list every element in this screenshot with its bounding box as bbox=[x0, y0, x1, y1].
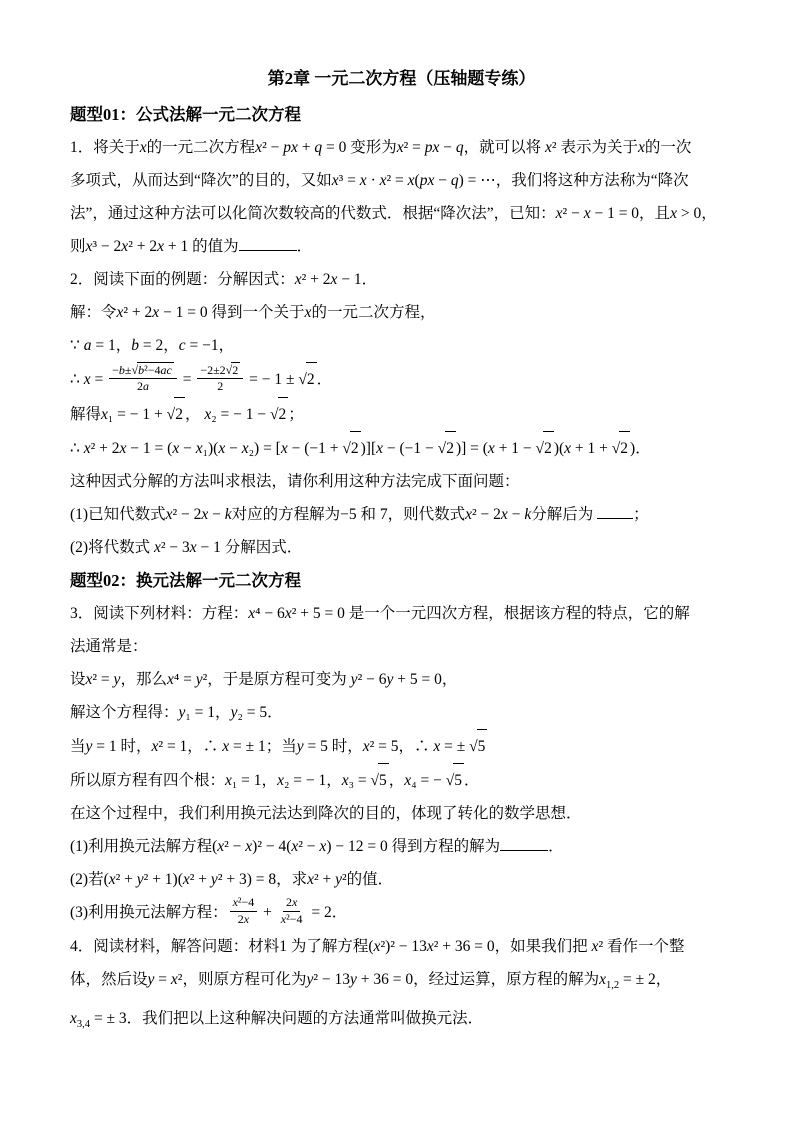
radicand: 5 bbox=[378, 763, 389, 797]
fraction-numerator: x²−4 bbox=[230, 895, 258, 912]
fraction: x²−42x bbox=[230, 895, 258, 927]
paragraph: (2)若(x² + y² + 1)(x² + y² + 3) = 8，求x² +… bbox=[70, 863, 733, 896]
radicand: 2 bbox=[619, 431, 630, 465]
paragraph: 4．阅读材料，解答问题：材料1 为了解方程(x²)² − 13x² + 36 =… bbox=[70, 930, 733, 963]
fraction-denominator: x²−4 bbox=[278, 912, 306, 928]
square-root-expression: √2 bbox=[226, 362, 241, 379]
subscript: 3,4 bbox=[77, 1019, 90, 1030]
fraction-numerator: −b±√b²−4ac bbox=[109, 362, 177, 380]
paragraph: ∴ x = −b±√b²−4ac2a = −2±2√22 = − 1 ± √2． bbox=[70, 362, 733, 397]
document-page: 第2章 一元二次方程（压轴题专练） 题型01：公式法解一元二次方程1．将关于x的… bbox=[0, 0, 793, 1122]
square-root-expression: √2 bbox=[612, 431, 630, 465]
fraction: 2xx²−4 bbox=[278, 895, 306, 927]
document-body: 题型01：公式法解一元二次方程1．将关于x的一元二次方程x² − px + q … bbox=[70, 98, 733, 1041]
fraction: −b±√b²−4ac2a bbox=[109, 362, 177, 395]
answer-blank bbox=[597, 503, 633, 520]
radicand: 2 bbox=[174, 397, 185, 431]
radicand: 2 bbox=[350, 431, 361, 465]
fraction-denominator: 2a bbox=[134, 379, 152, 395]
paragraph: 当y = 1 时，x² = 1，∴ x = ± 1；当y = 5 时，x² = … bbox=[70, 729, 733, 763]
radicand: 2 bbox=[445, 431, 456, 465]
paragraph: 体，然后设y = x²，则原方程可化为y² − 13y + 36 = 0，经过运… bbox=[70, 963, 733, 1002]
subscript: 1,2 bbox=[606, 980, 619, 991]
fraction-numerator: 2x bbox=[283, 895, 300, 912]
paragraph: 2．阅读下面的例题：分解因式：x² + 2x − 1． bbox=[70, 263, 733, 296]
square-root-expression: √5 bbox=[371, 763, 389, 797]
paragraph: (1)已知代数式x² − 2x − k对应的方程解为−5 和 7，则代数式x² … bbox=[70, 498, 733, 531]
fraction-numerator: −2±2√2 bbox=[197, 362, 243, 380]
paragraph: (3)利用换元法解方程：x²−42x + 2xx²−4 = 2． bbox=[70, 896, 733, 930]
square-root-expression: √2 bbox=[342, 431, 360, 465]
paragraph: 解：令x² + 2x − 1 = 0 得到一个关于x的一元二次方程， bbox=[70, 296, 733, 329]
paragraph: (2)将代数式 x² − 3x − 1 分解因式． bbox=[70, 531, 733, 564]
radicand: 2 bbox=[231, 362, 240, 379]
paragraph: 多项式，从而达到“降次”的目的，又如x³ = x · x² = x(px − q… bbox=[70, 164, 733, 197]
paragraph: 则x³ − 2x² + 2x + 1 的值为． bbox=[70, 230, 733, 263]
square-root-expression: √b²−4ac bbox=[132, 362, 174, 379]
square-root-expression: √2 bbox=[167, 397, 185, 431]
paragraph: 法”，通过这种方法可以化简次数较高的代数式．根据“降次法”，已知：x² − x … bbox=[70, 197, 733, 230]
square-root-expression: √2 bbox=[298, 362, 316, 396]
square-root-expression: √2 bbox=[438, 431, 456, 465]
paragraph: 所以原方程有四个根：x₁ = 1，x₂ = − 1，x₃ = √5，x₄ = −… bbox=[70, 763, 733, 797]
answer-blank bbox=[239, 235, 297, 252]
paragraph: ∴ x² + 2x − 1 = (x − x₁)(x − x₂) = [x − … bbox=[70, 431, 733, 465]
radicand: b²−4ac bbox=[137, 362, 174, 379]
paragraph: 3．阅读下列材料：方程：x⁴ − 6x² + 5 = 0 是一个一元四次方程，根… bbox=[70, 597, 733, 630]
paragraph: 法通常是： bbox=[70, 630, 733, 663]
paragraph: 在这个过程中，我们利用换元法达到降次的目的，体现了转化的数学思想． bbox=[70, 797, 733, 830]
square-root-expression: √2 bbox=[270, 397, 288, 431]
radicand: 2 bbox=[306, 362, 317, 396]
fraction: −2±2√22 bbox=[197, 362, 243, 395]
page-title: 第2章 一元二次方程（压轴题专练） bbox=[70, 62, 733, 96]
radicand: 2 bbox=[543, 431, 554, 465]
square-root-expression: √2 bbox=[536, 431, 554, 465]
paragraph: ∵ a = 1，b = 2，c = −1， bbox=[70, 329, 733, 362]
paragraph: 这种因式分解的方法叫求根法，请你利用这种方法完成下面问题： bbox=[70, 465, 733, 498]
square-root-expression: √5 bbox=[446, 763, 464, 797]
paragraph: x3,4 = ± 3．我们把以上这种解决问题的方法通常叫做换元法． bbox=[70, 1002, 733, 1041]
fraction-denominator: 2x bbox=[235, 912, 252, 928]
radicand: 2 bbox=[278, 397, 289, 431]
paragraph: 1．将关于x的一元二次方程x² − px + q = 0 变形为x² = px … bbox=[70, 131, 733, 164]
answer-blank bbox=[500, 835, 548, 852]
paragraph: 设x² = y，那么x⁴ = y²，于是原方程可变为 y² − 6y + 5 =… bbox=[70, 663, 733, 696]
section-heading: 题型02：换元法解一元二次方程 bbox=[70, 564, 733, 597]
fraction-denominator: 2 bbox=[214, 379, 226, 395]
radicand: 5 bbox=[453, 763, 464, 797]
paragraph: 解得x₁ = − 1 + √2， x₂ = − 1 − √2； bbox=[70, 397, 733, 431]
paragraph: 解这个方程得：y₁ = 1，y₂ = 5． bbox=[70, 696, 733, 729]
paragraph: (1)利用换元法解方程(x² − x)² − 4(x² − x) − 12 = … bbox=[70, 830, 733, 863]
square-root-expression: √5 bbox=[469, 729, 487, 763]
radicand: 5 bbox=[477, 729, 488, 763]
section-heading: 题型01：公式法解一元二次方程 bbox=[70, 98, 733, 131]
